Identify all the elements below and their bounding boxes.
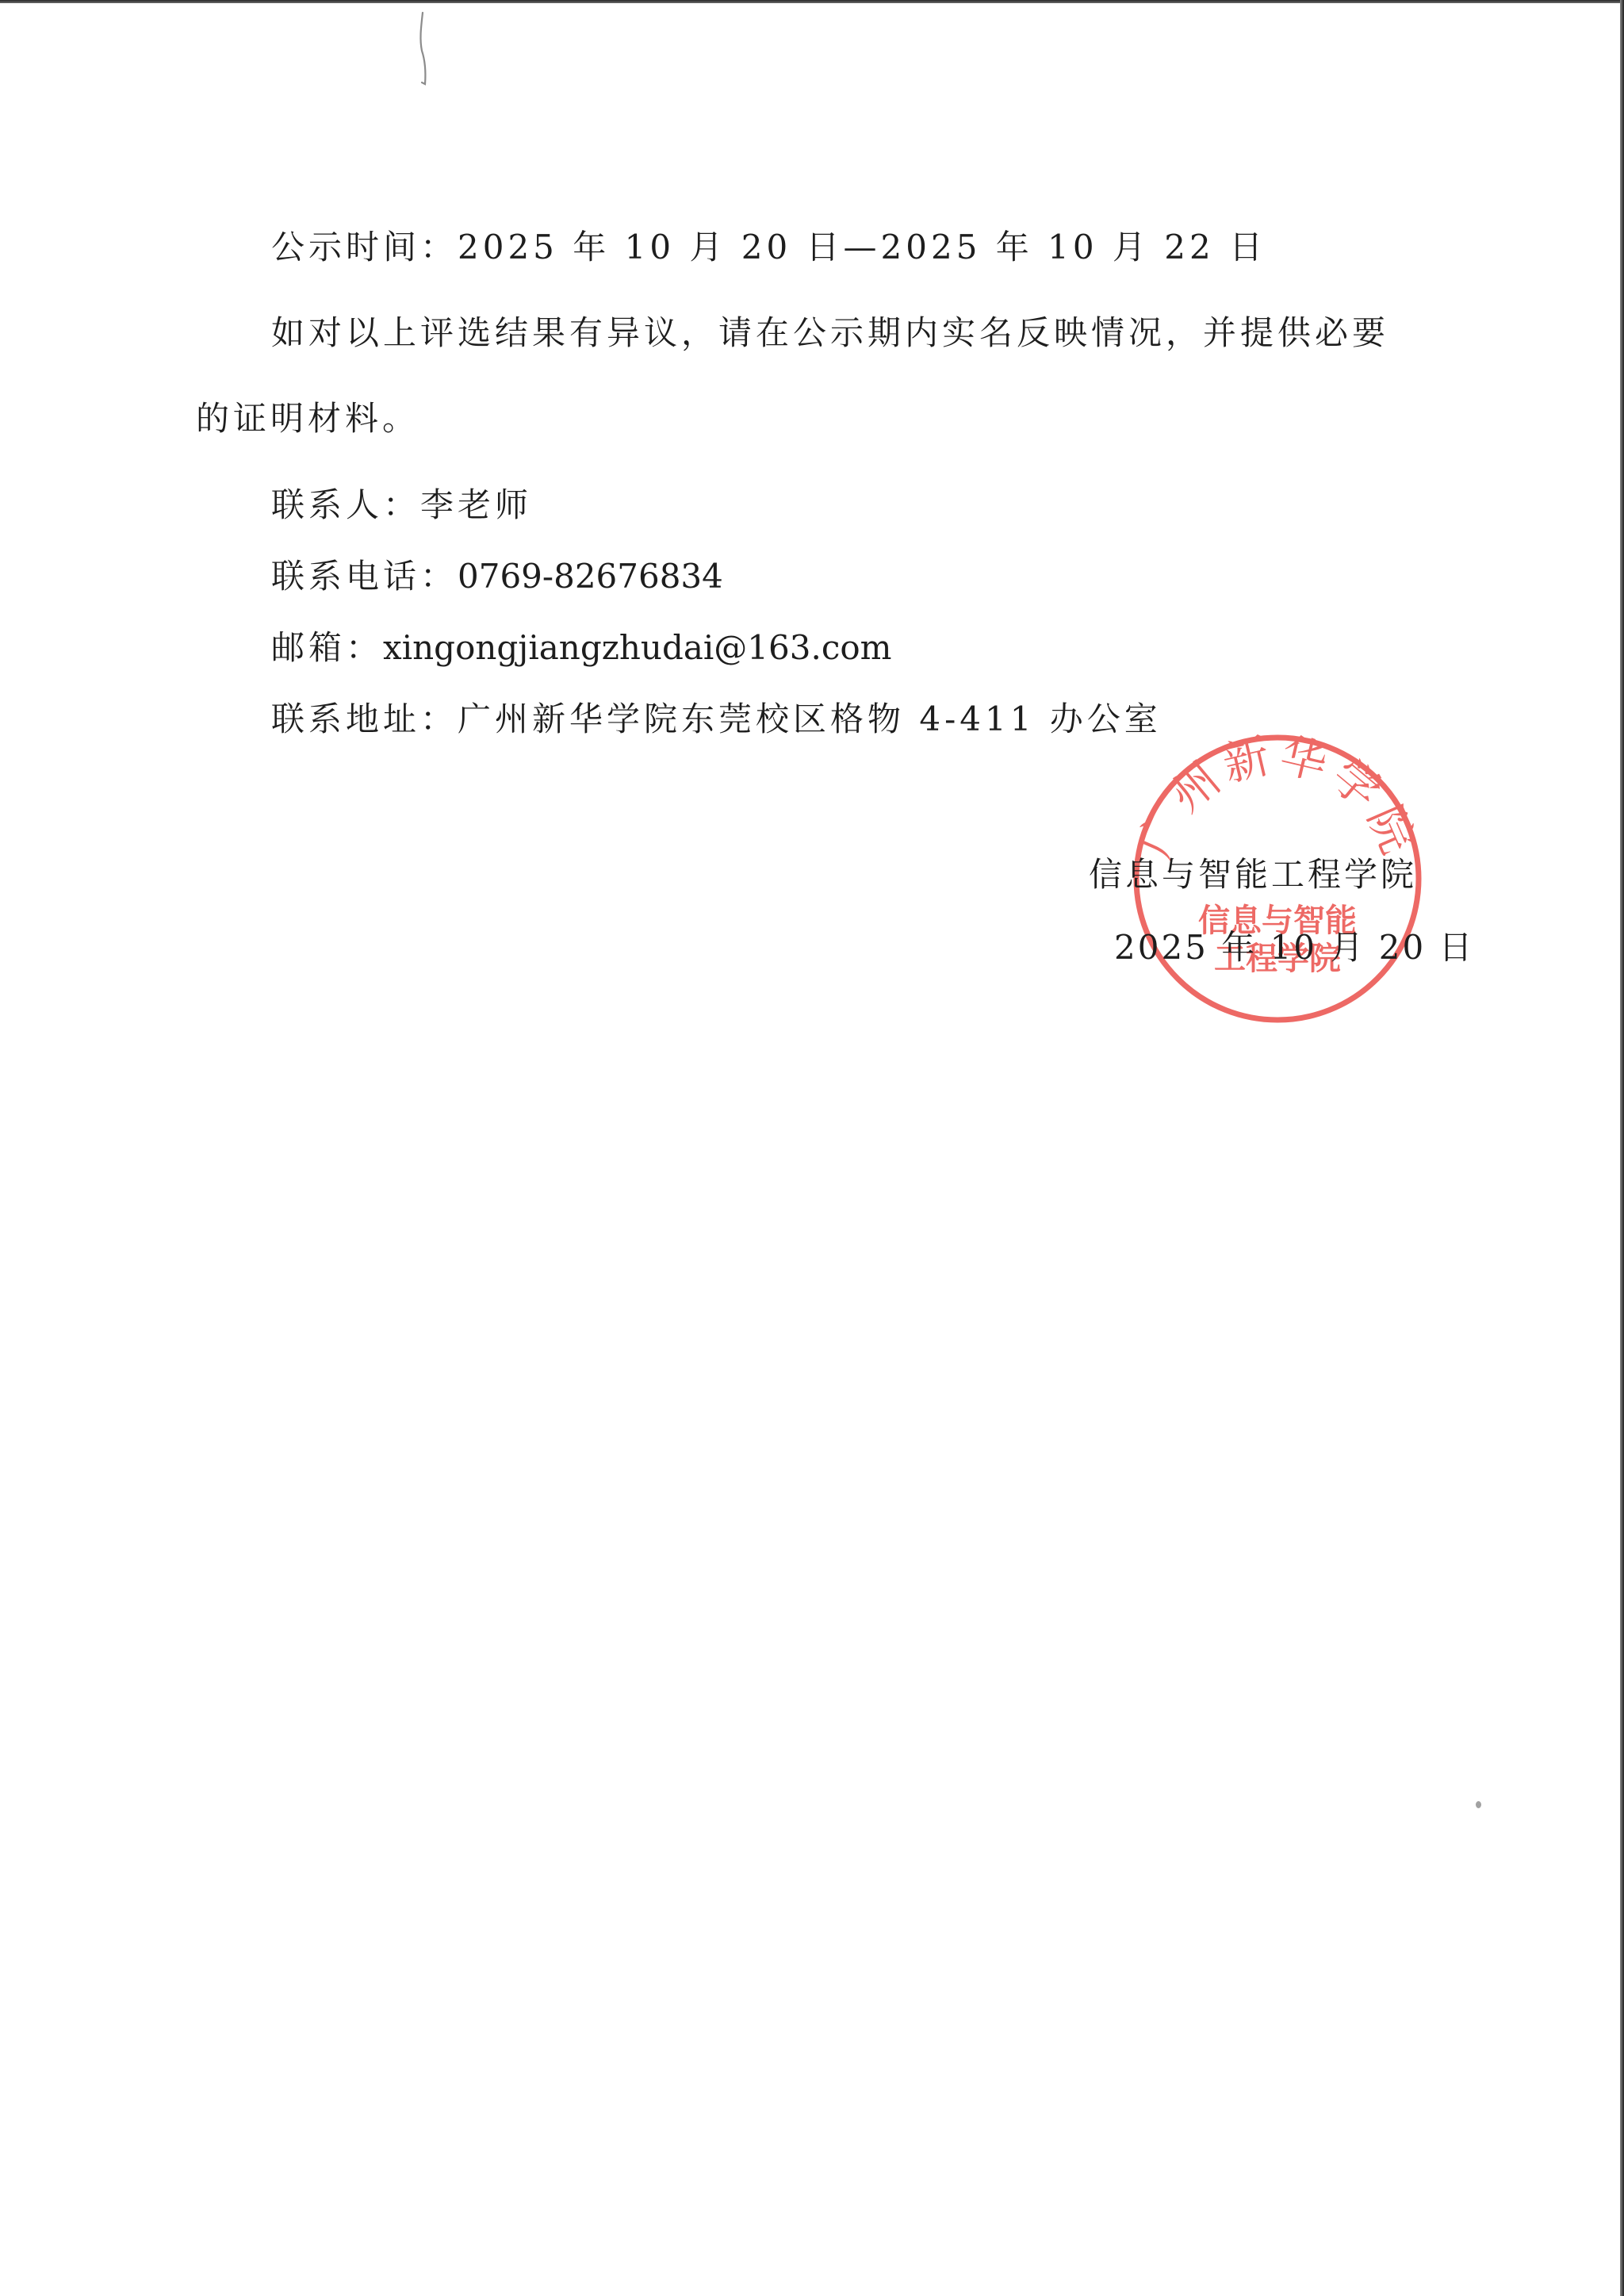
scan-border-right bbox=[1620, 0, 1624, 2296]
contact-person-value: 李老师 bbox=[420, 485, 532, 524]
signature-date: 2025 年 10 月 20 日 bbox=[1114, 924, 1475, 972]
publicity-period-label: 公示时间： bbox=[271, 228, 458, 266]
signature-organization: 信息与智能工程学院 bbox=[1089, 851, 1417, 899]
publicity-period-value: 2025 年 10 月 20 日—2025 年 10 月 22 日 bbox=[458, 228, 1266, 266]
contact-phone-value: 0769-82676834 bbox=[458, 557, 723, 596]
contact-person: 联系人：李老师 bbox=[271, 481, 532, 529]
scan-dust-dot bbox=[1476, 1801, 1481, 1808]
objection-text-line2: 的证明材料。 bbox=[196, 395, 419, 443]
contact-email-value: xingongjiangzhudai@163.com bbox=[383, 628, 891, 667]
seal-ring-text: 广州新华学院 bbox=[1130, 731, 1425, 866]
contact-address-label: 联系地址： bbox=[271, 700, 458, 738]
scan-border-top bbox=[0, 0, 1624, 3]
contact-email: 邮箱：xingongjiangzhudai@163.com bbox=[271, 624, 891, 672]
svg-text:广州新华学院: 广州新华学院 bbox=[1130, 731, 1425, 866]
contact-address: 联系地址：广州新华学院东莞校区格物 4-411 办公室 bbox=[271, 696, 1162, 743]
objection-text-line1: 如对以上评选结果有异议，请在公示期内实名反映情况，并提供必要 bbox=[271, 309, 1389, 357]
scan-mark-icon bbox=[419, 11, 428, 87]
document-page: 公示时间：2025 年 10 月 20 日—2025 年 10 月 22 日 如… bbox=[0, 0, 1624, 2296]
contact-phone-label: 联系电话： bbox=[271, 557, 458, 596]
contact-phone: 联系电话：0769-82676834 bbox=[271, 553, 723, 600]
publicity-period: 公示时间：2025 年 10 月 20 日—2025 年 10 月 22 日 bbox=[271, 224, 1266, 271]
contact-person-label: 联系人： bbox=[271, 485, 420, 524]
contact-email-label: 邮箱： bbox=[271, 628, 383, 667]
contact-address-value: 广州新华学院东莞校区格物 4-411 办公室 bbox=[458, 700, 1162, 738]
